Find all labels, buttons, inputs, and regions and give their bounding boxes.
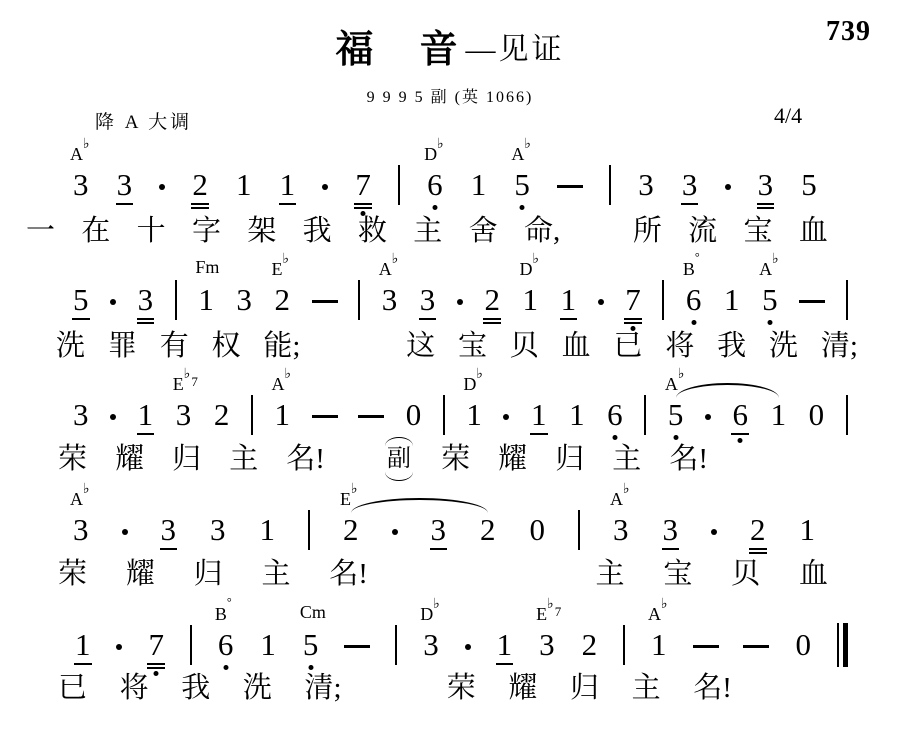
lyric-char: 已 xyxy=(58,671,87,705)
barline xyxy=(308,510,310,550)
note-6: 6D♭ xyxy=(426,168,444,202)
barline xyxy=(644,395,646,435)
low-octave-dot xyxy=(223,665,228,670)
note-3: 3 xyxy=(116,168,134,202)
note-0: 0 xyxy=(808,398,826,432)
low-octave-dot xyxy=(738,438,743,443)
chord-label: E♭ xyxy=(271,258,289,278)
duration-dot xyxy=(116,644,122,650)
key-signature: 降 A 大调 xyxy=(95,107,192,134)
score-line-1: 3A♭321176D♭15A♭3335 xyxy=(72,168,818,202)
chord-label: Fm xyxy=(195,258,219,276)
duration-dash xyxy=(557,185,583,188)
duration-dash xyxy=(799,300,825,303)
slur-arc xyxy=(351,498,488,513)
lyric-char: 归 xyxy=(570,671,599,705)
hymn-title-main: 福 音 xyxy=(335,29,461,71)
note-3: 3A♭ xyxy=(72,168,90,202)
note-3: 3 xyxy=(430,513,448,547)
duration-dot xyxy=(705,414,711,420)
chord-label: A♭ xyxy=(70,488,90,508)
lyric-char: 将 xyxy=(120,671,149,705)
barline xyxy=(395,625,397,665)
chord-label: D♭ xyxy=(520,258,540,278)
note-3: 3 xyxy=(137,283,155,317)
chord-label: A♭ xyxy=(648,603,668,623)
note-1: 1 xyxy=(723,283,741,317)
lyric-char: 宝 xyxy=(663,557,692,591)
lyric-char: 血 xyxy=(562,329,591,363)
note-1: 1A♭ xyxy=(273,398,291,432)
lyric-char: 舍 xyxy=(469,214,498,248)
lyric-gap xyxy=(374,688,414,689)
note-6: 6 xyxy=(731,398,749,432)
note-5: 5A♭ xyxy=(513,168,531,202)
chord-label: D♭ xyxy=(420,603,440,623)
duration-dash xyxy=(312,415,338,418)
chord-label: D♭ xyxy=(463,373,483,393)
lyric-char: 洗 xyxy=(769,329,798,363)
barline xyxy=(846,395,848,435)
note-1: 1 xyxy=(259,513,277,547)
low-octave-dot xyxy=(612,435,617,440)
note-1: 1 xyxy=(560,283,578,317)
note-1: 1Fm xyxy=(197,283,215,317)
barline xyxy=(443,395,445,435)
lyric-char: 耀 xyxy=(126,557,155,591)
lyric-char: 耀 xyxy=(498,442,527,476)
hymn-sheet: 739 福 音—见证 9 9 9 5 副 (英 1066) 降 A 大调 4/4… xyxy=(0,0,900,739)
lyric-line-4: 荣耀归主名!主宝贝血 xyxy=(58,557,828,591)
score-line-4: 3A♭3312E♭3203A♭321 xyxy=(72,513,816,547)
lyric-char: 命, xyxy=(524,214,560,248)
duration-dot xyxy=(725,184,731,190)
lyric-char: 有 xyxy=(160,329,189,363)
note-5: 5A♭ xyxy=(761,283,779,317)
lyric-line-3: 荣耀归主名!副荣耀归主名! xyxy=(58,442,708,476)
duration-dot xyxy=(159,184,165,190)
note-3: 3 xyxy=(681,168,699,202)
barline xyxy=(175,280,177,320)
final-barline-thin xyxy=(837,623,839,667)
lyric-char: 流 xyxy=(688,214,717,248)
final-barline xyxy=(837,623,848,667)
lyric-char: 字 xyxy=(192,214,221,248)
lyric-char: 我 xyxy=(717,329,746,363)
duration-dot xyxy=(503,414,509,420)
duration-dash xyxy=(693,645,719,648)
note-7: 7 xyxy=(354,168,372,202)
barline xyxy=(358,280,360,320)
lyric-char: 主 xyxy=(612,442,641,476)
duration-dot xyxy=(122,529,128,535)
lyric-char: 宝 xyxy=(744,214,773,248)
lyric-char: 主 xyxy=(596,557,625,591)
lyric-char: 我 xyxy=(181,671,210,705)
lyric-line-5: 已将我洗清;荣耀归主名! xyxy=(58,671,732,705)
barline xyxy=(846,280,848,320)
note-2: 2 xyxy=(479,513,497,547)
chord-label: A♭ xyxy=(759,258,779,278)
lyric-char: 这 xyxy=(406,329,435,363)
lyric-char: 架 xyxy=(247,214,276,248)
lyric-char: 权 xyxy=(212,329,241,363)
slur-arc xyxy=(676,383,779,398)
lyric-char: 归 xyxy=(194,557,223,591)
lyric-gap xyxy=(353,459,357,460)
note-0: 0 xyxy=(405,398,423,432)
chord-label: E♭ xyxy=(340,488,358,508)
lyric-char: 能; xyxy=(263,329,300,363)
final-barline-thick xyxy=(843,623,848,667)
low-octave-dot xyxy=(673,435,678,440)
chord-label: E♭7 xyxy=(173,373,198,393)
note-2: 2E♭ xyxy=(342,513,360,547)
hymn-title-suffix: —见证 xyxy=(466,33,565,66)
barline xyxy=(609,165,611,205)
note-0: 0 xyxy=(794,628,812,662)
chord-label: Cm xyxy=(300,603,326,621)
lyric-char: 名! xyxy=(329,557,368,591)
note-1: 1 xyxy=(279,168,297,202)
lyric-char: 救 xyxy=(358,214,387,248)
duration-dot xyxy=(465,644,471,650)
lyric-char: 名! xyxy=(693,671,732,705)
note-2: 2 xyxy=(483,283,501,317)
lyric-char: 所 xyxy=(633,214,662,248)
duration-dot xyxy=(110,299,116,305)
lyric-char: 荣 xyxy=(58,557,87,591)
score-line-5: 176B°15Cm3D♭13E♭721A♭0 xyxy=(74,628,848,662)
note-2: 2 xyxy=(213,398,231,432)
chord-label: D♭ xyxy=(424,143,444,163)
note-3: 3 xyxy=(209,513,227,547)
lyric-char: 名! xyxy=(286,442,325,476)
lyric-char: 荣 xyxy=(441,442,470,476)
hymn-catalog-number: 9 9 9 5 副 (英 1066) xyxy=(0,84,900,107)
note-7: 7 xyxy=(147,628,165,662)
note-0: 0 xyxy=(529,513,547,547)
lyric-char: 耀 xyxy=(115,442,144,476)
note-5: 5 xyxy=(72,283,90,317)
lyric-gap xyxy=(323,346,383,347)
note-1: 1 xyxy=(799,513,817,547)
duration-dash xyxy=(358,415,384,418)
lyric-char: 主 xyxy=(632,671,661,705)
low-octave-dot xyxy=(691,320,696,325)
note-1: 1 xyxy=(770,398,788,432)
time-signature: 4/4 xyxy=(774,103,802,129)
note-5: 5 xyxy=(800,168,818,202)
note-1: 1 xyxy=(137,398,155,432)
lyric-char: 贝 xyxy=(731,557,760,591)
note-3: 3 xyxy=(419,283,437,317)
note-2: 2 xyxy=(749,513,767,547)
lyric-char: 将 xyxy=(665,329,694,363)
note-6: 6B° xyxy=(685,283,703,317)
note-5: 5A♭ xyxy=(667,398,685,432)
low-octave-dot xyxy=(432,205,437,210)
note-3: 3 xyxy=(160,513,178,547)
chord-label: B° xyxy=(215,603,232,623)
note-1: 1 xyxy=(530,398,548,432)
chord-label: B° xyxy=(683,258,700,278)
lyric-char: 荣 xyxy=(447,671,476,705)
barline xyxy=(578,510,580,550)
lyric-char: 十 xyxy=(137,214,166,248)
note-1: 1A♭ xyxy=(650,628,668,662)
hymn-title: 福 音—见证 xyxy=(0,18,900,73)
barline xyxy=(251,395,253,435)
lyric-char: 我 xyxy=(303,214,332,248)
note-1: 1D♭ xyxy=(465,398,483,432)
lyric-char: 主 xyxy=(261,557,290,591)
lyric-char: 一 xyxy=(26,214,55,248)
score-line-3: 313E♭721A♭01D♭1165A♭610 xyxy=(72,398,848,432)
refrain-marker: 副 xyxy=(385,442,413,476)
lyric-char: 贝 xyxy=(510,329,539,363)
note-7: 7 xyxy=(624,283,642,317)
note-3: 3E♭7 xyxy=(175,398,193,432)
note-3: 3 xyxy=(662,513,680,547)
note-3: 3 xyxy=(235,283,253,317)
note-1: 1 xyxy=(470,168,488,202)
chord-label: A♭ xyxy=(610,488,630,508)
lyric-char: 归 xyxy=(172,442,201,476)
lyric-gap xyxy=(587,231,607,232)
lyric-char: 洗 xyxy=(243,671,272,705)
low-octave-dot xyxy=(767,320,772,325)
note-1: 1 xyxy=(74,628,92,662)
note-3: 3 xyxy=(637,168,655,202)
duration-dash xyxy=(312,300,338,303)
chord-label: A♭ xyxy=(70,143,90,163)
lyric-char: 清; xyxy=(821,329,858,363)
note-3: 3E♭7 xyxy=(538,628,556,662)
note-3: 3A♭ xyxy=(381,283,399,317)
barline xyxy=(623,625,625,665)
note-1: 1D♭ xyxy=(522,283,540,317)
barline xyxy=(190,625,192,665)
note-6: 6 xyxy=(606,398,624,432)
lyric-char: 已 xyxy=(613,329,642,363)
lyric-char: 血 xyxy=(799,214,828,248)
duration-dot xyxy=(457,299,463,305)
score-line-2: 531Fm32E♭3A♭321D♭176B°15A♭ xyxy=(72,283,848,317)
lyric-char: 洗 xyxy=(56,329,85,363)
lyric-char: 罪 xyxy=(108,329,137,363)
duration-dash xyxy=(344,645,370,648)
note-1: 1 xyxy=(235,168,253,202)
duration-dot xyxy=(322,184,328,190)
lyric-line-2: 洗罪有权能;这宝贝血已将我洗清; xyxy=(56,329,858,363)
barline xyxy=(662,280,664,320)
chord-label: A♭ xyxy=(511,143,531,163)
note-1: 1 xyxy=(496,628,514,662)
duration-dash xyxy=(743,645,769,648)
lyric-char: 名! xyxy=(669,442,708,476)
lyric-char: 耀 xyxy=(508,671,537,705)
note-6: 6B° xyxy=(217,628,235,662)
lyric-char: 主 xyxy=(229,442,258,476)
lyric-char: 主 xyxy=(413,214,442,248)
lyric-gap xyxy=(407,574,557,575)
duration-dot xyxy=(392,529,398,535)
low-octave-dot xyxy=(308,665,313,670)
lyric-char: 宝 xyxy=(458,329,487,363)
note-2: 2 xyxy=(581,628,599,662)
lyric-char: 清; xyxy=(305,671,342,705)
lyric-line-1: 一在十字架我救主舍命,所流宝血 xyxy=(26,214,828,248)
chord-label: E♭7 xyxy=(536,603,561,623)
note-2: 2 xyxy=(191,168,209,202)
note-3: 3A♭ xyxy=(612,513,630,547)
note-1: 1 xyxy=(259,628,277,662)
barline xyxy=(398,165,400,205)
note-3: 3 xyxy=(72,398,90,432)
duration-dot xyxy=(598,299,604,305)
lyric-char: 在 xyxy=(81,214,110,248)
chord-label: A♭ xyxy=(271,373,291,393)
note-3: 3 xyxy=(757,168,775,202)
low-octave-dot xyxy=(520,205,525,210)
duration-dot xyxy=(711,529,717,535)
chord-label: A♭ xyxy=(379,258,399,278)
lyric-char: 荣 xyxy=(58,442,87,476)
note-1: 1 xyxy=(568,398,586,432)
note-3: 3A♭ xyxy=(72,513,90,547)
note-5: 5Cm xyxy=(302,628,320,662)
note-3: 3D♭ xyxy=(422,628,440,662)
lyric-char: 血 xyxy=(799,557,828,591)
lyric-char: 归 xyxy=(555,442,584,476)
duration-dot xyxy=(110,414,116,420)
note-2: 2E♭ xyxy=(273,283,291,317)
